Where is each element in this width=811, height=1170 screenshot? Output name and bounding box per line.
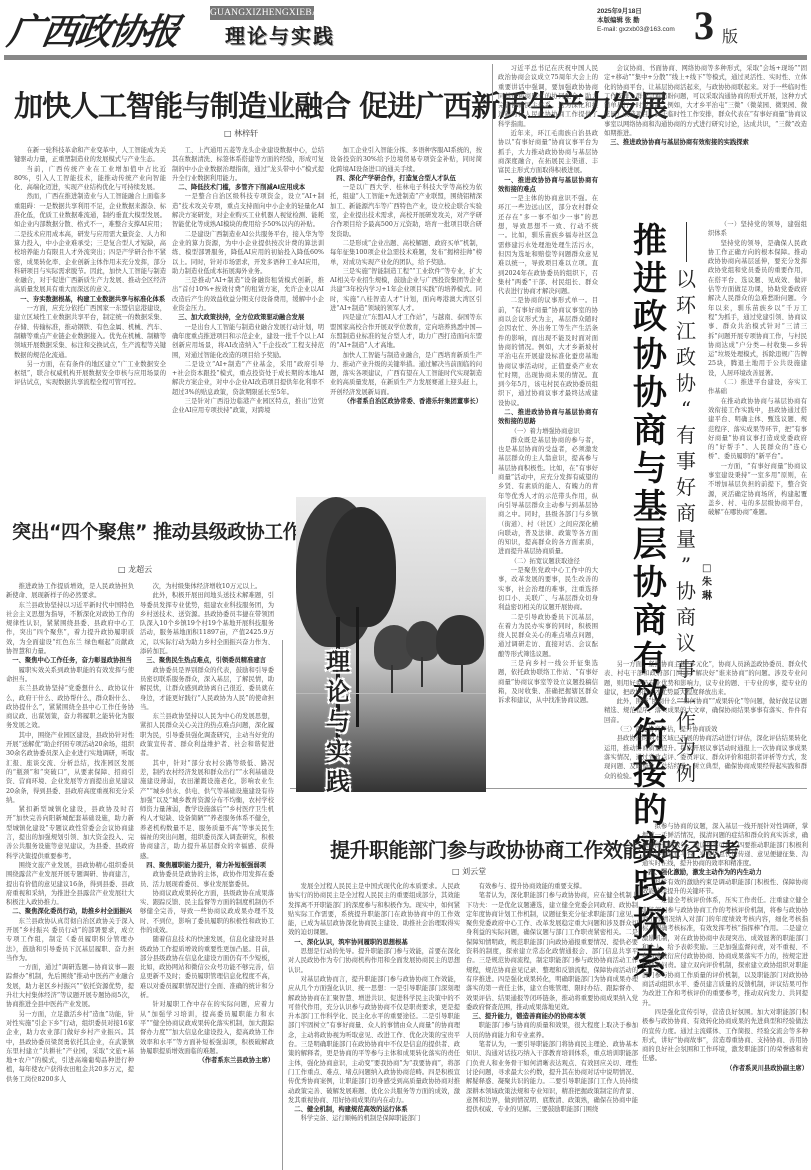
article3-divider (282, 640, 283, 1170)
paragraph: 习近平总书记在庆祝中国人民政治协商会议成立75周年大会上的重要讲话中强调，要加强… (498, 64, 598, 129)
paragraph: 四是强化宣传引导，营造良好氛围。加大对职能部门积极参与政协协商、有效转化协商成果… (642, 1008, 808, 1064)
paragraph: 坚持党的领导，是确保人民政协工作正确方向的根本保障。推动政协协商向基层延伸，要充… (708, 239, 807, 378)
article4-col2: 有效参与、提升协商效能的重要支撑。笔者认为，深化职能部门参与政协协商，应在健全机… (466, 882, 638, 1167)
paragraph: 拟参与协商的议题，深入基层一线开展针对性调研，掌握第一手鲜活情况，摸清问题的症结… (642, 822, 808, 868)
paragraph: 紧扣新型城镇化建设，县政协及时召开“加快完善向阳新城配套基础设施，助力新型城镇化… (6, 805, 134, 861)
paragraph: 三是针对广西沿边临港产业园区特点，推出“边贸企业AI应用专项扶持”政策，对跨境 (172, 397, 324, 416)
article1-author: □ 林梓轩 (224, 128, 258, 139)
page-number: 3 (694, 4, 714, 48)
paragraph: 然而，广西在推进制造业与人工智能融合上面临多重阻碍：一是数据共享利用不足，企业数… (14, 192, 166, 294)
issue-meta: 2025年9月18日 本版编辑 张 勤 E-mail: gxzxb03@163.… (597, 7, 675, 34)
paragraph: （一）着力增强协商意识 (498, 427, 598, 436)
section-heading: 二、健全机制，构建规范高效的运行体系 (288, 1105, 460, 1114)
paragraph: 另一方面，坚持协商主体“多元化”，协商人员涵盖政协委员、群众代表、村屯干部和政府… (604, 660, 807, 697)
paragraph: 加工企业引入智能分拣、多语种客服AI系统的，按设备投资的30%给予边境贸易专项资… (330, 146, 482, 174)
paragraph: 四是建立“东盟AI人才工作站”，与越南、泰国等东盟国家高校合作开展双学位教育，定… (330, 313, 482, 350)
paragraph: 笔者认为，一要引导职能部门将协商民主理论、政协基本知识、沟通对话技巧纳入干部教育… (466, 1040, 638, 1114)
paragraph: 二是引导政协委员下沉基层，在着力为民办实事的同时，积极围绕人民群众关心的难点堵点… (498, 613, 598, 659)
paragraph: 会议协商、书面协商、网络协商等多种形式，采取“会场+现场”“固定+移动”“集中+… (604, 64, 807, 138)
tree-trunk (421, 657, 423, 687)
paragraph: 在新一轮科技革命和产业变革中，人工智能成为关键驱动力量，正重塑制造业的发展模式与… (14, 146, 166, 165)
paragraph: 二是设立“AI+制造”产业基金，采用“政府引导+社会资本跟投”模式，重点投资处于… (172, 360, 324, 397)
article1-col1: 在新一轮科技革命和产业变革中，人工智能成为关键驱动力量，正重塑制造业的发展模式与… (14, 146, 166, 476)
paragraph: 二是协商的议事形式单一。目前，“有事好商量”协商议事室的协商以会议形式为主，基层… (498, 296, 598, 408)
article2-col2a: 会议协商、书面协商、网络协商等多种形式，采取“会场+现场”“固定+移动”“集中+… (604, 64, 807, 204)
paragraph: 一是健全考核评价体系，压实工作责任。注重建立健全职能部门参与政协协商工作的考核评… (642, 896, 808, 1008)
paragraph: 围绕文旅产业发展，县政协精心组织委员围绕露营产业发展开展专题调研、协商建言，提出… (6, 861, 134, 907)
paragraph: 科学有效的激励约束是调动职能部门积极性、保障协商效能持续提升的关键环节。 (642, 878, 808, 897)
section-heading: 三、聚焦民生热点难点，引领委员精准建言 (140, 656, 274, 665)
section-heading: 三、提升能力，锻造善商能办的协商本领 (466, 1012, 638, 1021)
paragraph: 另一方面，立足激活乡村“造血”功能，针对性实施“引企下乡”行动，组织委员对接16… (6, 1010, 134, 1084)
paragraph: 履职实效关系到政协职能的有效发挥与使命担当。 (6, 666, 134, 685)
tree-trunk (391, 665, 393, 693)
paragraph: 次，为村级集体经济增收10万元以上。 (140, 582, 274, 591)
section-heading: 二、推进政协协商与基层协商有效衔接的思路 (498, 408, 598, 427)
paragraph: 笔者认为，深化职能部门参与政协协商，应在健全机制上下功夫：一是优化议题遴选，建立… (466, 891, 638, 1012)
paragraph: 发展全过程人民民主是中国式现代化的本质要求。人民政协实行的协商民主是全过程人民民… (288, 882, 460, 938)
paragraph: 东兰县政协坚持以习近平新时代中国特色社会主义思想为指导，不断深化对政协工作的规律… (6, 601, 134, 657)
paragraph: 群众既是基层协商的参与者，也是基层协商的受益者，必须激发基层群众的主人翁意识，提… (498, 436, 598, 557)
article1-col3: 加工企业引入智能分拣、多语种客服AI系统的，按设备投资的30%给予边境贸易专项资… (330, 146, 482, 476)
paragraph: 东兰县政协坚持“党委想什么、政协议什么，政府干什么、政协帮什么，群众盼什么、政协… (6, 684, 134, 730)
tree-shape (326, 507, 396, 627)
paragraph: 有效参与、提升协商效能的重要支撑。 (466, 882, 638, 891)
paragraph: （三）深化协商评估，提升协商质效 (604, 725, 807, 734)
paragraph: 东兰县政协坚持以人民为中心的发展思想，紧扣人民群众关心关注的热点难点问题，深化履… (140, 712, 274, 758)
paragraph: （一）坚持党的领导，建强组织体系 (708, 220, 807, 239)
article4-col1: 发展全过程人民民主是中国式现代化的本质要求。人民政协实行的协商民主是全过程人民民… (288, 882, 460, 1167)
tree-shape (406, 621, 440, 661)
paragraph: 职能部门参与协商的质量和效果，很大程度上取决于参加人员的协商能力和专业素养。 (466, 1021, 638, 1040)
paragraph: 二是形成“企业出题、高校解题、政府买单”机制，每年征集100项企业急需技术难题，… (330, 239, 482, 267)
paragraph: 此外，积极开展田间地头送技术解难题，引导委员发挥专业优势，组建农业科技服务团，为… (140, 591, 274, 656)
article2-col2c: 另一方面，坚持协商主体“多元化”，协商人员涵盖政协委员、群众代表、村屯干部和政府… (604, 660, 807, 780)
paragraph: 在推动政协协商与基层协商有效衔接工作实践中，县政协通过搭建平台、明确主体、甄选议… (708, 397, 807, 462)
photo-overlay-label: 理论与实践 (318, 647, 358, 792)
paragraph: 县政协适时对本区域已开展的协商活动进行评估，深化评估结果转化运用，推动协商质量提… (604, 734, 807, 780)
paragraph: 对基层政协而言，提升职能部门参与政协协商工作效能，应从几个方面强化认识、统一思想… (288, 975, 460, 1105)
paragraph: 政协委员是界别群众的代表，鼓励和引导委员密切联系服务群众，深入基层，了解民情，助… (140, 666, 274, 712)
paragraph: 其中，针对“部分农村公路等级低、路况差，制约农村经济发展和群众出行”“水利基础设… (140, 759, 274, 861)
section-heading: 一、夯实数据根基，构建工业数据共享与标准化体系 (14, 295, 166, 304)
tree-shape (436, 615, 484, 665)
newspaper-logo: 广西政协报 (4, 4, 181, 55)
page-editor: 本版编辑 张 勤 (597, 16, 675, 25)
paragraph: 思想是行动的先导。提升职能部门参与效能，首要在深化对人民政协作为专门协商机构作用… (288, 947, 460, 975)
landscape-photo: 理论与实践 (296, 497, 486, 792)
paragraph: 三是推动“AI+制造”设备融资租赁模式创新，推出“首付10%+按效付费”的租赁方… (172, 276, 324, 313)
author-note: （作者系东兰县政协主席） (140, 1056, 274, 1065)
article2-col2b: （一）坚持党的领导，建强组织体系坚持党的领导，是确保人民政协工作正确方向的根本保… (708, 220, 807, 660)
paragraph: 其中，围绕产业园区建设，县政协针对性开展“送解优”助企纾困专项活动20余场，组织… (6, 731, 134, 805)
section-heading: 二、降低技术门槛，多管齐下削减AI应用成本 (172, 183, 324, 192)
section-heading: 四、聚焦履职能力提升，着力补短板强弱项 (140, 861, 274, 870)
section-title: 理论与实践 (205, 20, 355, 49)
paragraph: 另一方面，在有条件的地区建立“广工业数据安全枢纽”，联合权威机构开展数据安全审核… (14, 360, 166, 388)
paragraph: 三是向乡村一线公开征集选题，依托政协联络工作站、“有事好商量”协商议事室等设立议… (498, 659, 598, 704)
paragraph: 一是以广西大学、桂林电子科技大学等高校为依托，组建“人工智能+先进制造”产业联盟… (330, 183, 482, 239)
subtitle-dash (686, 222, 687, 262)
paragraph: （二）推进平台建设，夯实工作基础 (708, 378, 807, 397)
paragraph: 一是出台人工智能与制造业融合发展行动计划，明确年度重点推进项目和示范企业，建设一… (172, 323, 324, 360)
article3-col1: 推进政协工作提质增效，是人民政协担负新使命、展现新样子的必然要求。东兰县政协坚持… (6, 582, 134, 1167)
section-heading: 三、加大政策扶持，全方位政策驱动融合发展 (172, 313, 324, 322)
author-note: （作者系自治区政协常委、香港乐轩集团董事长） (330, 397, 482, 406)
paragraph: 二是建设广西制造业AI公共服务平台，接入华为等企业的算力资源，为中小企业提供按次… (172, 230, 324, 276)
article3-col2: 次，为村级集体经济增收10万元以上。此外，积极开展田间地头送技术解难题，引导委员… (140, 582, 274, 1167)
masthead-rule (4, 55, 807, 60)
paragraph: 此外，围绕“协商什么”“如何协商”“成果转化”等问题，做好做足议题精选、规范程序… (604, 697, 807, 725)
paragraph: 东兰县政协认真贯彻自治区政协关于深入开展“乡村振兴 委员行动”的部署要求，成立专… (6, 917, 134, 963)
section-heading: 二、聚焦深化委员行动，助推乡村全面振兴 (6, 907, 134, 916)
paragraph: 科学完备、运行顺畅的机制是保障职能部门 (288, 1114, 460, 1123)
paragraph: 三是实施“智能制造工程”“工业软件”等专业，扩大AI相关专业招生规模，鼓励企业与… (330, 267, 482, 313)
section-heading: 一、深化认识，筑牢协同履职的思想根基 (288, 938, 460, 947)
paragraph: 随着信息技术的快速发展，信息化建设对县级政协工作提质增效的重要性更加凸显。目前，… (140, 935, 274, 1000)
paragraph: 一是整合自治区级科技专项资金，设立“AI+制造”技术攻关专项，重点支持面向中小企… (172, 192, 324, 229)
paragraph: 一方面，“有事好商量”协商议事室建设秉持“一室多用”原则，在不增加基层负担的前提… (708, 462, 807, 518)
section-heading: 一、聚焦中心工作任务，奋力彰显政协担当 (6, 656, 134, 665)
page-suffix: 版 (722, 24, 738, 47)
paragraph: 政协委员是政协的主体，政协作用发挥在委员、活力展现看委员、事业发展靠委员。 (140, 870, 274, 889)
section-heading: 四、强化激励，激发主动作为的内生动力 (642, 868, 808, 877)
paragraph: 一方面，应充分依托广西国家一东盟信息港建设，建立区域性工业数据共享平台，制定统一… (14, 304, 166, 360)
paragraph: （二）拓宽议题获取途径 (498, 557, 598, 566)
article4-author: □ 刘云堂 (452, 866, 486, 877)
paragraph: 针对履职工作中存在的实际问题，应着力从“加强学习培训，提高委员履职能力和水平”“… (140, 1000, 274, 1056)
paragraph: 协商议政成果转化方面，县级政协在成果落实、跟踪反馈、民主监督等方面的制度机制仍不… (140, 889, 274, 935)
article2-divider (492, 64, 493, 474)
paragraph: 近年来，环江毛南族自治县政协以“有事好商量”协商议事平台为抓手，大力推动政协协商… (498, 129, 598, 175)
section-heading: 三、推进政协协商与基层协商有效衔接的实践探索 (604, 138, 807, 147)
paragraph: 当前，广西传统产业在工业增加值中占比近80%，引入人工智能技术，能推动传统产业向… (14, 165, 166, 193)
paragraph: 一方面，通过“调研选题—协商议事—跟踪督办”机制，先后围绕“推动中医药产业融合发… (6, 963, 134, 1009)
tree-trunk (461, 662, 463, 692)
section-heading: 一、推进政协协商与基层协商有效衔接的难点 (498, 176, 598, 195)
paragraph: 工、上汽通用五菱等龙头企业建设数据中心，总结其在数据清洗、标签体系搭建等方面的经… (172, 146, 324, 183)
article2-col1: 习近平总书记在庆祝中国人民政治协商会议成立75周年大会上的重要讲话中强调，要加强… (498, 64, 598, 704)
section-heading: 四、深化产学研合作，打造复合型人才队伍 (330, 174, 482, 183)
paragraph: 加快人工智能与制造业融合，是广西培育新质生产力、推动产业升级的关键举措。通过解决… (330, 351, 482, 397)
paragraph: 一是聚焦党政中心工作中的大事，改革发展的要事，民生改善的实事，社会治理的难事，注… (498, 566, 598, 612)
author-note: （作者系灵川县政协副主席） (642, 1064, 808, 1073)
paragraph: 一是主体的协商意识不强。在环江一些边远山区，部分农村群众还存在“多一事不如少一事… (498, 194, 598, 296)
article1-col2: 工、上汽通用五菱等龙头企业建设数据中心，总结其在数据清洗、标签体系搭建等方面的经… (172, 146, 324, 476)
issue-date: 2025年9月18日 (597, 7, 675, 16)
newspaper-pinyin: GUANGXIZHENGXIEBAO (210, 6, 314, 20)
article3-author: □ 龙超云 (118, 564, 152, 575)
article4-col3: 拟参与协商的议题，深入基层一线开展针对性调研，掌握第一手鲜活情况，摸清问题的症结… (642, 822, 808, 1167)
editor-email: E-mail: gxzxb03@163.com (597, 25, 675, 34)
paragraph: 推进政协工作提质增效，是人民政协担负新使命、展现新样子的必然要求。 (6, 582, 134, 601)
